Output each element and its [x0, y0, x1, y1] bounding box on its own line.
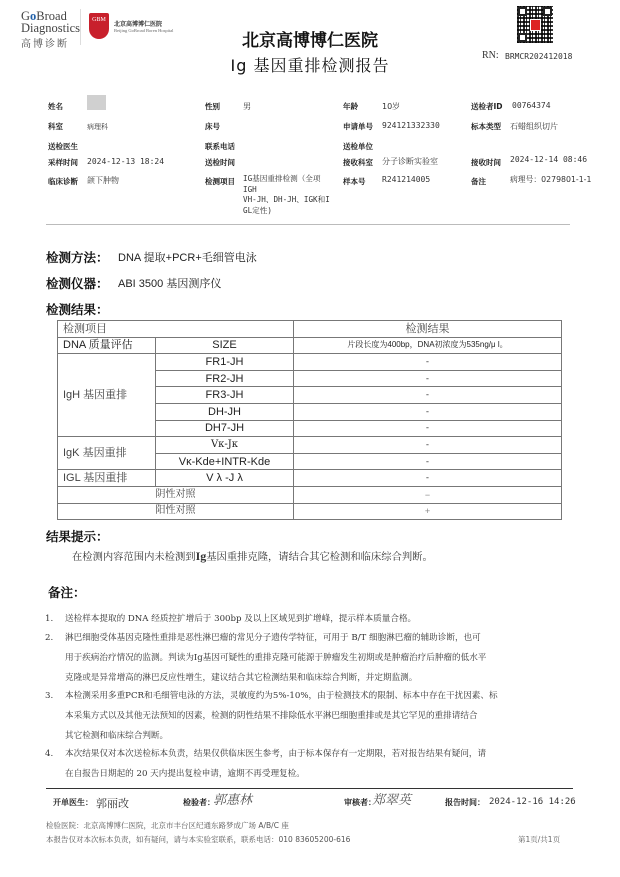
control-result: −: [294, 486, 562, 503]
qr-logo: [530, 19, 541, 31]
result: -: [294, 387, 562, 404]
doctor-label: 送检医生: [48, 141, 78, 152]
result: -: [294, 437, 562, 454]
report-time-value: 2024-12-16 14:26: [489, 797, 576, 807]
instrument-value: ABI 3500 基因测序仪: [118, 275, 221, 291]
qr-finder: [518, 7, 527, 16]
test-item-line: IG基因重排检测（全项: [243, 174, 330, 185]
note-line: 在自报告日期起的 20 天内提出复检申请，逾期不再受理复检。: [65, 764, 585, 784]
sampling-time-value: 2024-12-13 18:24: [87, 157, 164, 166]
control-result: +: [294, 503, 562, 520]
note-line: 本次结果仅对本次送检标本负责，结果仅供临床医生参考，由于标本保存有一定期限，若对…: [65, 744, 585, 764]
title-text: 北京高博博仁医院: [242, 26, 378, 51]
instrument-label: 检测仪器：: [46, 274, 109, 292]
result: -: [294, 420, 562, 437]
sampling-time-label: 采样时间: [48, 157, 78, 168]
qr-finder: [543, 7, 552, 16]
note-line: 其它检测和临床综合判断。: [65, 726, 585, 746]
submitter-id-value: 00764374: [512, 101, 551, 110]
specimen-type-value: 石蜡组织切片: [510, 121, 558, 132]
target: FR3-JH: [156, 387, 294, 404]
test-item-line: GL定性): [243, 206, 330, 217]
result: -: [294, 354, 562, 371]
target: DH7-JH: [156, 420, 294, 437]
control-row-positive: 阳性对照 +: [58, 503, 562, 520]
signature-divider: [46, 788, 573, 789]
rn-label: RN:: [482, 50, 499, 61]
header-result: 检测结果: [294, 321, 562, 338]
target: Vκ-Jκ: [156, 437, 294, 454]
age-label: 年龄: [343, 101, 358, 112]
tester-label: 检验者：: [183, 797, 215, 808]
table-header-row: 检测项目 检测结果: [58, 321, 562, 338]
test-item-value: IG基因重排检测（全项 IGH VH-JH、DH-JH、IGK和I GL定性): [243, 174, 330, 216]
diagnosis-value: 颌下肿物: [87, 175, 119, 186]
info-divider: [46, 224, 570, 225]
conclusion-part: 基因重排克隆，请结合其它检测和临床综合判断。: [206, 551, 433, 563]
target: SIZE: [156, 337, 294, 354]
submitting-unit-label: 送检单位: [343, 141, 373, 152]
target: FR1-JH: [156, 354, 294, 371]
target: DH-JH: [156, 403, 294, 420]
notes-label: 备注：: [48, 583, 86, 601]
results-label: 检测结果：: [46, 300, 109, 318]
department-value: 病理科: [87, 122, 108, 132]
ordering-doctor-label: 开单医生：: [53, 797, 93, 808]
submit-time-label: 送检时间: [205, 157, 235, 168]
control-label: 阳性对照: [58, 503, 294, 520]
note-text: 本检测采用多重PCR和毛细管电泳的方法，灵敏度约为5%-10%，由于检测技术的限…: [65, 686, 585, 746]
application-no-value: 924121332330: [382, 121, 440, 130]
control-label: 阴性对照: [58, 486, 294, 503]
rn-value: BRMCR202412018: [505, 52, 572, 61]
receive-time-value: 2024-12-14 08:46: [510, 155, 587, 164]
qr-finder: [518, 33, 527, 42]
footer-disclaimer: 本报告仅对本次标本负责，如有疑问，请与本实验室联系，联系电话：010 83605…: [46, 834, 350, 845]
result: -: [294, 370, 562, 387]
gender-value: 男: [243, 101, 251, 112]
target: Vκ-Kde+INTR-Kde: [156, 453, 294, 470]
target: V λ -J λ: [156, 470, 294, 487]
note-line: 克隆或是异常增高的淋巴反应性增生，建议结合其它检测结果和临床综合判断，并定期监测…: [65, 668, 585, 688]
submitter-id-label: 送检者ID: [471, 101, 503, 112]
result: 片段长度为400bp，DNA初浓度为535ng/μ l。: [294, 337, 562, 354]
name-redacted: [87, 95, 106, 110]
receiving-dept-value: 分子诊断实验室: [382, 156, 438, 167]
group-dna-quality: DNA 质量评估: [58, 337, 156, 354]
qr-code-icon: [517, 6, 553, 43]
note-number: 2.: [45, 628, 65, 648]
result: -: [294, 403, 562, 420]
table-row: IgH 基因重排 FR1-JH -: [58, 354, 562, 371]
target: FR2-JH: [156, 370, 294, 387]
note-line: 本检测采用多重PCR和毛细管电泳的方法，灵敏度约为5%-10%，由于检测技术的限…: [65, 686, 585, 706]
application-no-label: 申请单号: [343, 121, 373, 132]
note-number: 4.: [45, 744, 65, 764]
bed-label: 床号: [205, 121, 220, 132]
diagnosis-label: 临床诊断: [48, 176, 78, 187]
method-label: 检测方法：: [46, 248, 109, 266]
phone-label: 联系电话: [205, 141, 235, 152]
note-line: 送检样本提取的 DNA 经质控扩增后于 300bp 及以上区域见到扩增峰，提示样…: [65, 609, 585, 629]
test-item-line: VH-JH、DH-JH、IGK和I: [243, 195, 330, 206]
conclusion-part: 在检测内容范围内未检测到: [72, 551, 196, 563]
department-label: 科室: [48, 121, 63, 132]
sample-no-value: R241214005: [382, 175, 430, 184]
note-line: 用于疾病治疗情况的监测。判读为Ig基因可疑性的重排克隆可能源于肿瘤发生初期或是肿…: [65, 648, 585, 668]
result: -: [294, 453, 562, 470]
group-igh: IgH 基因重排: [58, 354, 156, 437]
table-row: DNA 质量评估 SIZE 片段长度为400bp，DNA初浓度为535ng/μ …: [58, 337, 562, 354]
test-item-label: 检测项目: [205, 176, 235, 187]
group-igl: IGL 基因重排: [58, 470, 156, 487]
note-line: 淋巴细胞受体基因克隆性重排是恶性淋巴瘤的常见分子遗传学特征，可用于 B/T 细胞…: [65, 628, 585, 648]
method-value: DNA 提取+PCR+毛细管电泳: [118, 249, 257, 265]
control-row-negative: 阴性对照 −: [58, 486, 562, 503]
hospital-badge-text: GBM: [92, 17, 106, 23]
receive-time-label: 接收时间: [471, 157, 501, 168]
table-row: IgK 基因重排 Vκ-Jκ -: [58, 437, 562, 454]
header-item: 检测项目: [58, 321, 294, 338]
report-time-label: 报告时间：: [445, 797, 485, 808]
receiving-dept-label: 接收科室: [343, 157, 373, 168]
note-text: 本次结果仅对本次送检标本负责，结果仅供临床医生参考，由于标本保存有一定期限，若对…: [65, 744, 585, 784]
remark-label: 备注: [471, 176, 486, 187]
gender-label: 性别: [205, 101, 220, 112]
tester-signature: 郭惠林: [213, 789, 252, 808]
note-number: 1.: [45, 609, 65, 629]
subtitle-text: Ig 基因重排检测报告: [231, 53, 390, 76]
results-table: 检测项目 检测结果 DNA 质量评估 SIZE 片段长度为400bp，DNA初浓…: [57, 320, 562, 520]
note-text: 淋巴细胞受体基因克隆性重排是恶性淋巴瘤的常见分子遗传学特征，可用于 B/T 细胞…: [65, 628, 585, 688]
note-number: 3.: [45, 686, 65, 706]
conclusion-text: 在检测内容范围内未检测到Ig基因重排克隆，请结合其它检测和临床综合判断。: [72, 548, 433, 564]
table-row: IGL 基因重排 V λ -J λ -: [58, 470, 562, 487]
ordering-doctor-value: 郭丽改: [96, 795, 129, 811]
footer-lab: 检验医院：北京高博博仁医院，北京市丰台区纪通东路梦成广场 A/B/C 座: [46, 820, 289, 831]
note-line: 本采集方式以及其他无法预知的因素，检测的阴性结果不排除低水平淋巴细胞重排或是其它…: [65, 706, 585, 726]
remark-value: 病理号：0279801-1-1: [510, 174, 591, 185]
reviewer-signature: 郑翠英: [372, 789, 411, 808]
test-item-line: IGH: [243, 185, 330, 196]
conclusion-bold: Ig: [196, 549, 207, 563]
group-igk: IgK 基因重排: [58, 437, 156, 470]
sample-no-label: 样本号: [343, 176, 366, 187]
footer-page: 第1页/共1页: [518, 834, 560, 845]
name-label: 姓名: [48, 101, 63, 112]
conclusion-label: 结果提示：: [46, 527, 109, 545]
age-value: 10岁: [382, 101, 400, 112]
specimen-type-label: 标本类型: [471, 121, 501, 132]
result: -: [294, 470, 562, 487]
note-text: 送检样本提取的 DNA 经质控扩增后于 300bp 及以上区域见到扩增峰，提示样…: [65, 609, 585, 629]
